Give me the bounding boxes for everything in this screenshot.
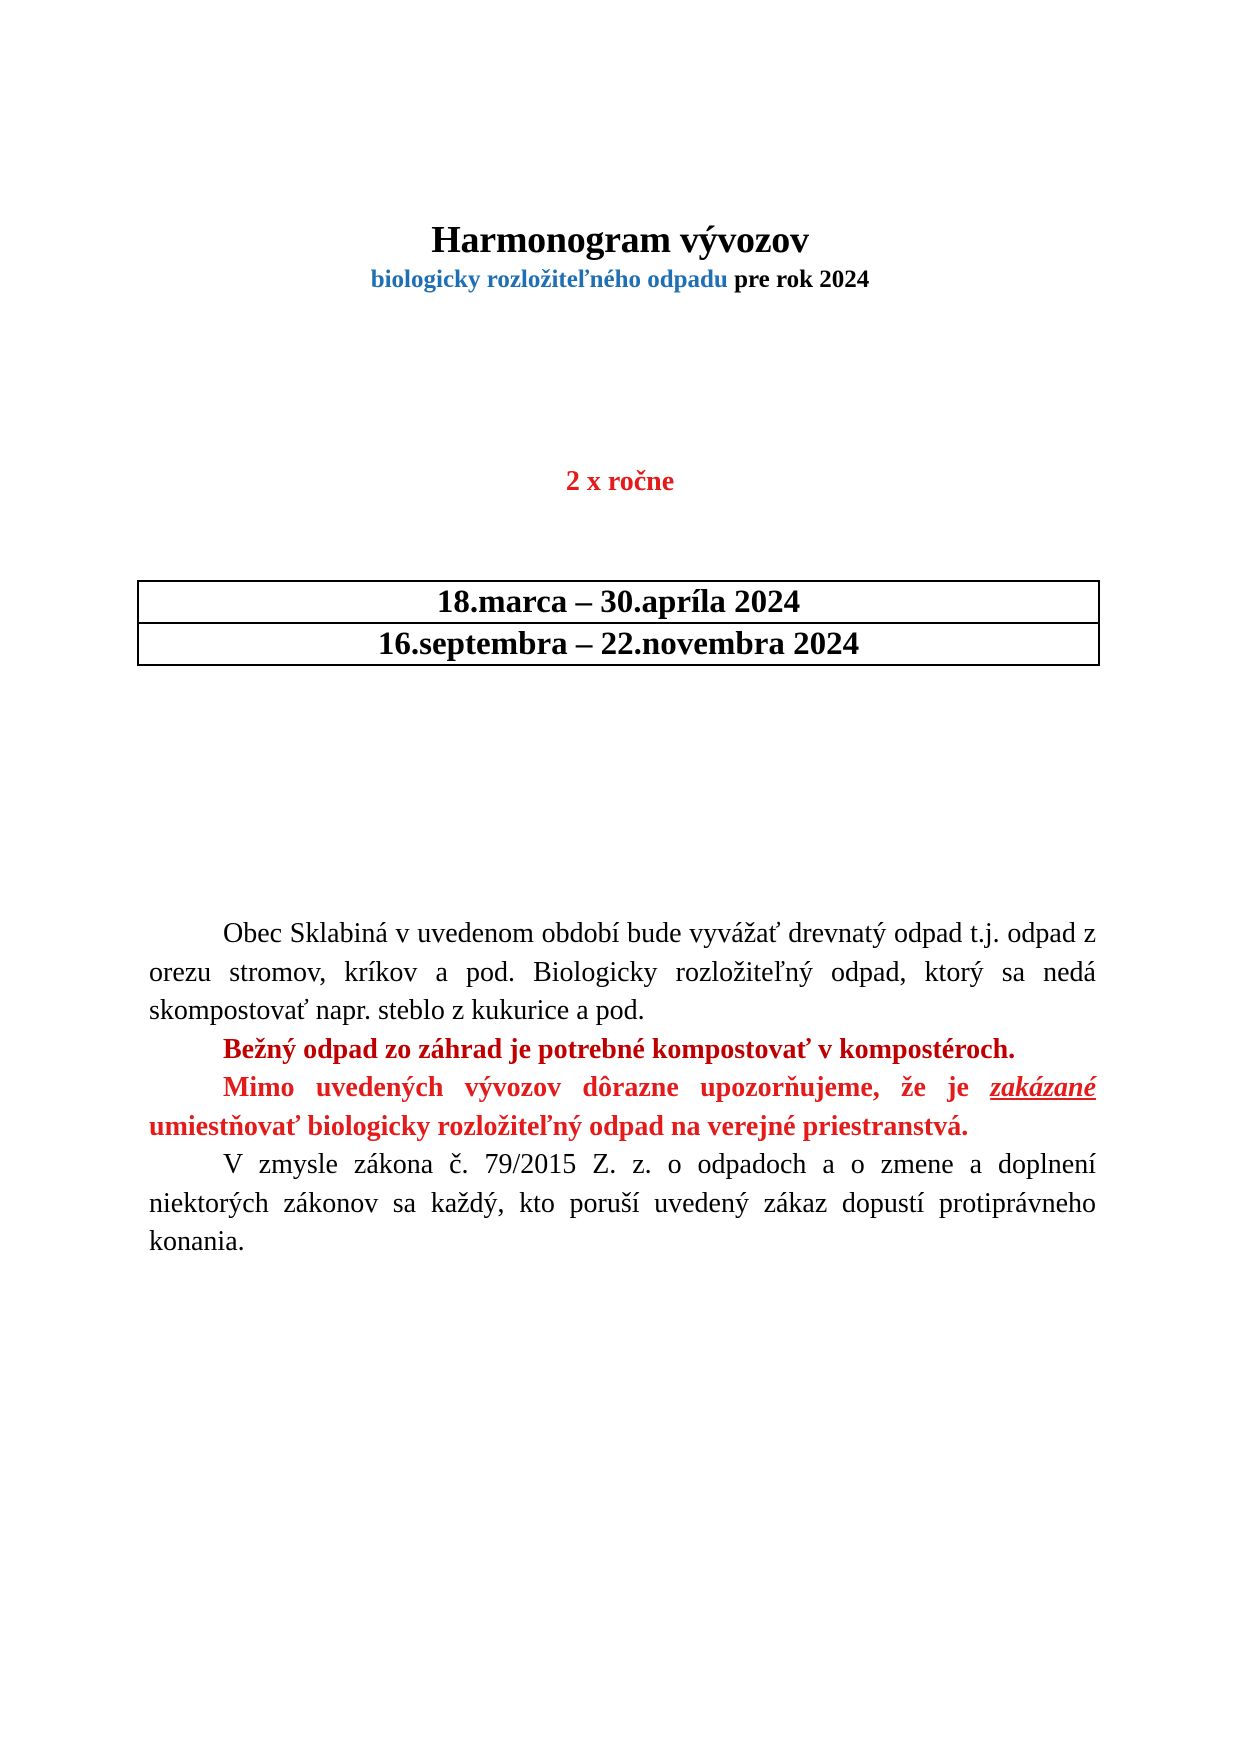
subtitle-highlight: biologicky rozložiteľného odpadu: [371, 266, 728, 293]
intro-paragraph: Obec Sklabiná v uvedenom období bude vyv…: [149, 915, 1096, 1031]
period-cell: 18.marca – 30.apríla 2024: [138, 581, 1099, 623]
subtitle-rest: pre rok 2024: [728, 266, 869, 293]
warning-emphasis: zakázané: [990, 1072, 1096, 1103]
period-cell: 16.septembra – 22.novembra 2024: [138, 623, 1099, 665]
warning-end: umiestňovať biologicky rozložiteľný odpa…: [149, 1111, 968, 1142]
document-body: Obec Sklabiná v uvedenom období bude vyv…: [149, 915, 1096, 1262]
table-row: 16.septembra – 22.novembra 2024: [138, 623, 1099, 665]
collection-periods-table: 18.marca – 30.apríla 2024 16.septembra –…: [137, 580, 1100, 666]
compost-paragraph: Bežný odpad zo záhrad je potrebné kompos…: [149, 1031, 1096, 1070]
law-paragraph: V zmysle zákona č. 79/2015 Z. z. o odpad…: [149, 1146, 1096, 1262]
document-subtitle: biologicky rozložiteľného odpadu pre rok…: [0, 266, 1240, 294]
frequency-label: 2 x ročne: [0, 466, 1240, 498]
document-title: Harmonogram vývozov: [0, 218, 1240, 262]
warning-paragraph: Mimo uvedených vývozov dôrazne upozorňuj…: [149, 1069, 1096, 1146]
table-row: 18.marca – 30.apríla 2024: [138, 581, 1099, 623]
warning-start: Mimo uvedených vývozov dôrazne upozorňuj…: [223, 1072, 990, 1103]
